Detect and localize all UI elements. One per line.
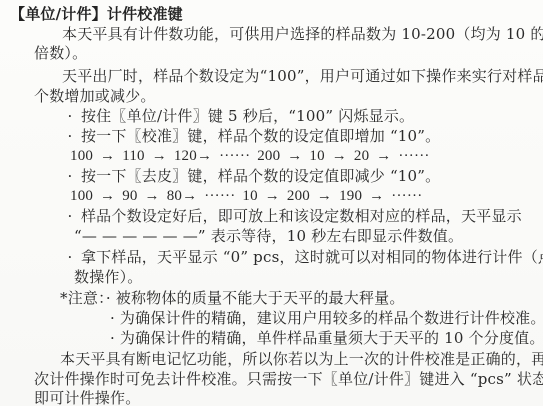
- memory-line-1: 本天平具有断电记忆功能，所以你若以为上一次的计件校准是正确的，再: [60, 349, 543, 369]
- factory-line-2: 个数增加或减少。: [34, 86, 156, 106]
- step-item: · 拿下样品，天平显示 “0” pcs，这时就可以对相同的物体进行计件（点: [64, 247, 543, 267]
- section-heading: 【单位/计件】计件校准键: [10, 4, 183, 24]
- step-text: 按住〖单位/计件〗键 5 秒后，“100” 闪烁显示。: [81, 107, 414, 125]
- step-continuation: 数操作）。: [74, 267, 143, 287]
- bullet-dot: ·: [64, 126, 76, 146]
- intro-line-2: 倍数）。: [34, 43, 87, 63]
- memory-line-2: 次计件操作时可免去计件校准。只需按一下〖单位/计件〗键进入 “pcs” 状态: [34, 369, 543, 389]
- bullet-dot: ·: [64, 166, 76, 186]
- notes-block: *注意：· 被称物体的质量不能大于天平的最大秤量。: [60, 288, 405, 308]
- document-page: 【单位/计件】计件校准键 本天平具有计件数功能，可供用户选择的样品数为 10-2…: [0, 0, 543, 406]
- step-text: 拿下样品，天平显示 “0” pcs，这时就可以对相同的物体进行计件（点: [81, 248, 543, 266]
- note-item: · 为确保计件的精确，建议用户用较多的样品个数进行计件校准。: [110, 308, 543, 328]
- note-item: · 被称物体的质量不能大于天平的最大秤量。: [106, 289, 405, 307]
- factory-line-1: 天平出厂时，样品个数设定为“100”，用户可通过如下操作来实行对样品: [62, 66, 543, 86]
- step-continuation: “— — — — — —” 表示等待，10 秒左右即显示件数值。: [74, 226, 463, 246]
- step-item: · 按一下〖去皮〗键，样品个数的设定值即减少 “10”。: [64, 166, 440, 186]
- note-item: · 为确保计件的精确，单件样品重量须大于天平的 10 个分度值。: [110, 328, 543, 348]
- intro-line-1: 本天平具有计件数功能，可供用户选择的样品数为 10-200（均为 10 的整: [62, 24, 543, 44]
- bullet-dot: ·: [64, 247, 76, 267]
- increase-sequence: 100 → 110 → 120→ ······ 200 → 10 → 20 → …: [70, 146, 430, 166]
- step-text: 样品个数设定好后，即可放上和该设定数相对应的样品，天平显示: [81, 207, 522, 225]
- bullet-dot: ·: [64, 206, 76, 226]
- step-item: · 按住〖单位/计件〗键 5 秒后，“100” 闪烁显示。: [64, 106, 414, 126]
- step-text: 按一下〖校准〗键，样品个数的设定值即增加 “10”。: [81, 127, 440, 145]
- step-text: 按一下〖去皮〗键，样品个数的设定值即减少 “10”。: [81, 167, 440, 185]
- decrease-sequence: 100 → 90 → 80→ ······ 10 → 200 → 190 → ·…: [70, 186, 422, 206]
- bullet-dot: ·: [64, 106, 76, 126]
- step-item: · 按一下〖校准〗键，样品个数的设定值即增加 “10”。: [64, 126, 440, 146]
- notes-label: *注意：: [60, 289, 106, 307]
- step-item: · 样品个数设定好后，即可放上和该设定数相对应的样品，天平显示: [64, 206, 522, 226]
- memory-line-3: 即可计件操作。: [34, 388, 140, 406]
